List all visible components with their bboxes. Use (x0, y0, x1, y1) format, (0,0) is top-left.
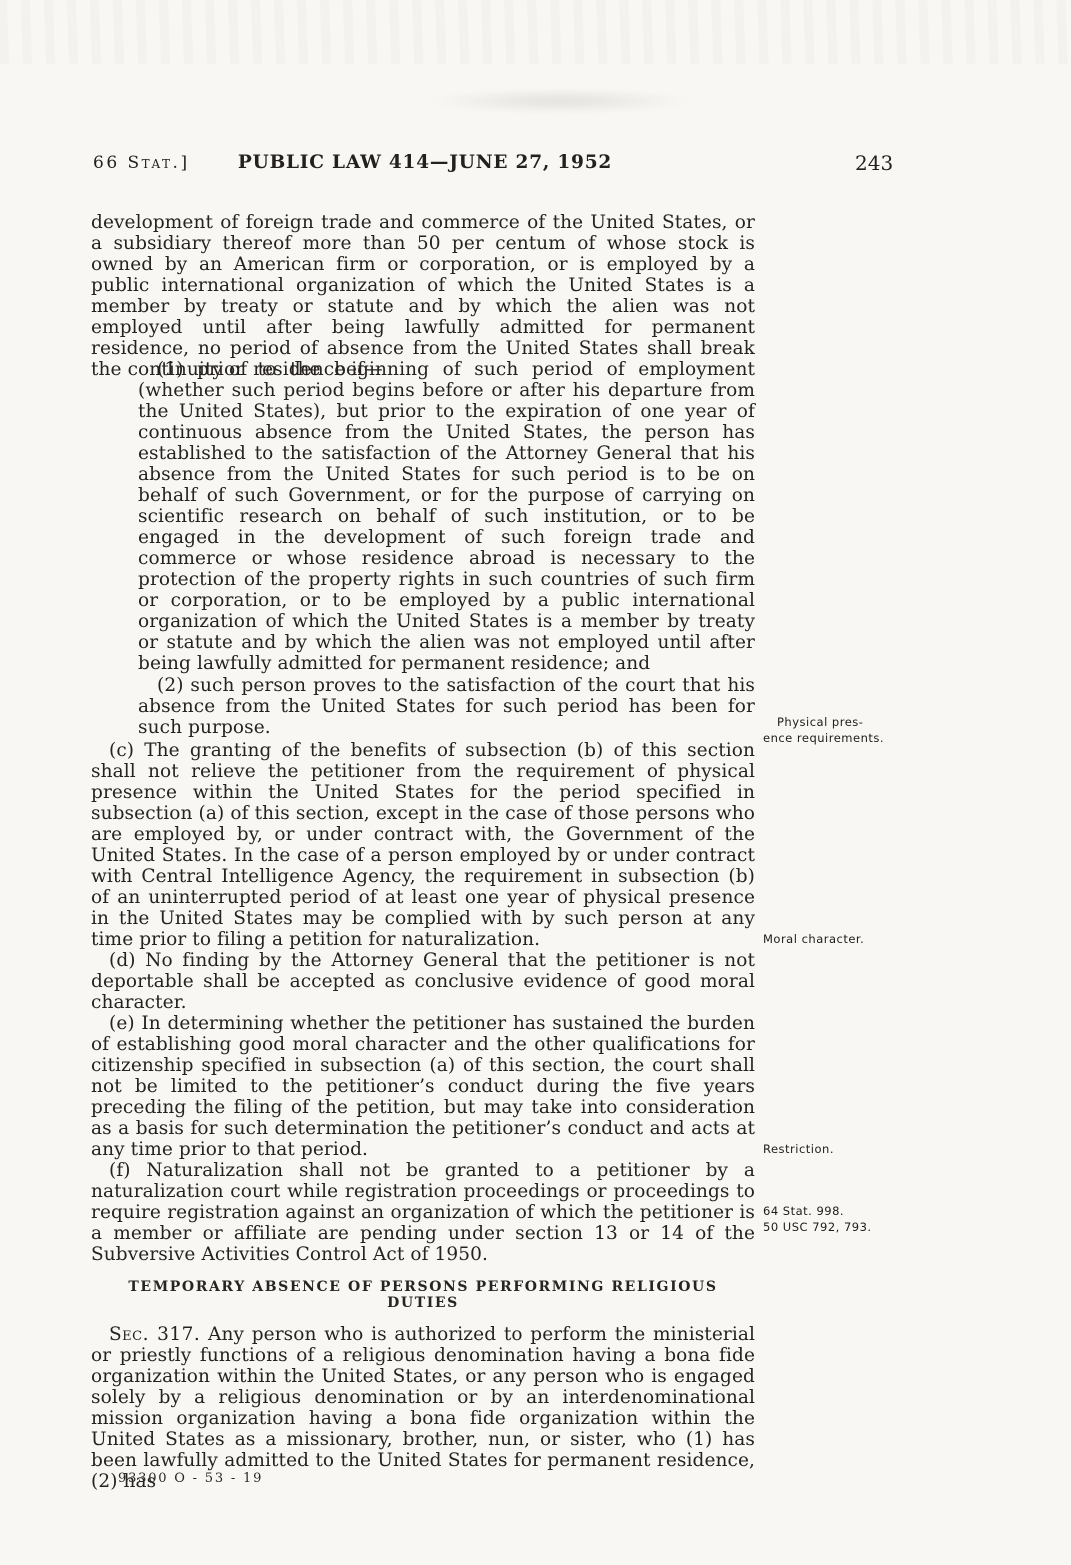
document-page: 66 Stat.] PUBLIC LAW 414—JUNE 27, 1952 2… (0, 0, 1071, 1565)
subsection-paragraph-2: (2) such person proves to the satisfacti… (91, 675, 755, 738)
body-paragraph-e: (e) In determining whether the petitione… (91, 1013, 755, 1160)
margin-note-physical-presence: Physical pres- ence requirements. (763, 715, 905, 746)
section-317-paragraph: Sec. 317. Any person who is authorized t… (91, 1324, 755, 1492)
margin-note-line: ence requirements. (763, 731, 905, 747)
body-paragraph-intro: development of foreign trade and commerc… (91, 212, 755, 380)
margin-note-line: 50 USC 792, 793. (763, 1220, 905, 1236)
section-number: Sec. 317. (109, 1324, 200, 1345)
margin-note-restriction: Restriction. (763, 1142, 905, 1158)
margin-note-line: 64 Stat. 998. (763, 1204, 905, 1220)
margin-note-line: Physical pres- (763, 715, 905, 731)
subsection-paragraph-1: (1) prior to the beginning of such perio… (91, 359, 755, 674)
margin-note-moral-character: Moral character. (763, 932, 905, 948)
scan-smudge (430, 88, 690, 114)
print-code: 93300 O - 53 - 19 (118, 1471, 263, 1486)
page-title: PUBLIC LAW 414—JUNE 27, 1952 (93, 152, 757, 173)
page-number: 243 (855, 151, 893, 175)
section-317-text: Any person who is authorized to perform … (91, 1324, 755, 1492)
body-paragraph-d: (d) No finding by the Attorney General t… (91, 950, 755, 1013)
body-paragraph-f: (f) Naturalization shall not be granted … (91, 1160, 755, 1265)
body-paragraph-c: (c) The granting of the benefits of subs… (91, 740, 755, 950)
section-heading: TEMPORARY ABSENCE OF PERSONS PERFORMING … (91, 1279, 755, 1311)
margin-note-statute-references: 64 Stat. 998. 50 USC 792, 793. (763, 1204, 905, 1235)
